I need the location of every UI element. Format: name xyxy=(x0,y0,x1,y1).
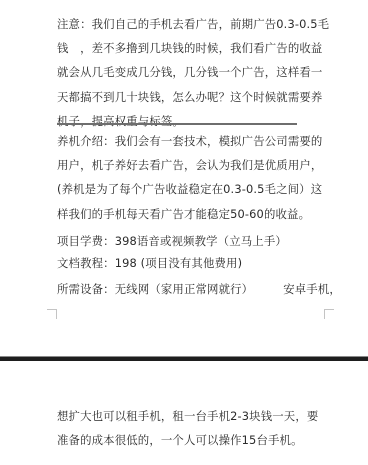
text-line: 样我们的手机每天看广告才能稳定50-60的收益。 xyxy=(57,202,327,226)
equipment-label: 所需设备：无线网（家用正常网就行） xyxy=(57,282,253,296)
equipment-extra: 安卓手机， xyxy=(283,282,341,296)
document-page-2: 想扩大也可以租手机，租一台手机2-3块钱一天，要 准备的成本很低的，一个人可以操… xyxy=(0,362,368,465)
text-line: 钱 ，差不多撸到几块钱的时候，我们看广告的收益 xyxy=(57,36,327,60)
text-line: 就会从几毛变成几分钱，几分钱一个广告，这样看一 xyxy=(57,60,327,84)
text-line: 天都搞不到几十块钱，怎么办呢？这个时候就需要养 xyxy=(57,85,327,109)
text-line: 养机介绍：我们会有一套技术，模拟广告公司需要的 xyxy=(57,129,327,153)
page-break-separator xyxy=(0,356,368,361)
intro-paragraph: 养机介绍：我们会有一套技术，模拟广告公司需要的 用户，机子养好去看广告，会认为我… xyxy=(57,129,327,226)
crop-mark-bottom-left xyxy=(47,309,57,319)
text-line: 用户，机子养好去看广告，会认为我们是优质用户， xyxy=(57,153,327,177)
tuition-fee-line: 项目学费：398语音或视频教学（立马上手） xyxy=(57,233,287,249)
horizontal-rule xyxy=(57,123,297,125)
text-line: 注意：我们自己的手机去看广告，前期广告0.3-0.5毛 xyxy=(57,12,327,36)
crop-mark-bottom-right xyxy=(324,309,334,319)
text-line: 准备的成本很低的，一个人可以操作15台手机。 xyxy=(57,428,327,452)
text-line: (养机是为了每个广告收益稳定在0.3-0.5毛之间）这 xyxy=(57,177,327,201)
document-page-1: 注意：我们自己的手机去看广告，前期广告0.3-0.5毛 钱 ，差不多撸到几块钱的… xyxy=(0,0,368,356)
doc-course-fee-line: 文档教程：198 (项目没有其他费用) xyxy=(57,255,242,271)
equipment-line: 所需设备：无线网（家用正常网就行）安卓手机， xyxy=(57,281,341,297)
expand-paragraph: 想扩大也可以租手机，租一台手机2-3块钱一天，要 准备的成本很低的，一个人可以操… xyxy=(57,404,327,452)
text-line: 想扩大也可以租手机，租一台手机2-3块钱一天，要 xyxy=(57,404,327,428)
notice-paragraph: 注意：我们自己的手机去看广告，前期广告0.3-0.5毛 钱 ，差不多撸到几块钱的… xyxy=(57,12,327,133)
